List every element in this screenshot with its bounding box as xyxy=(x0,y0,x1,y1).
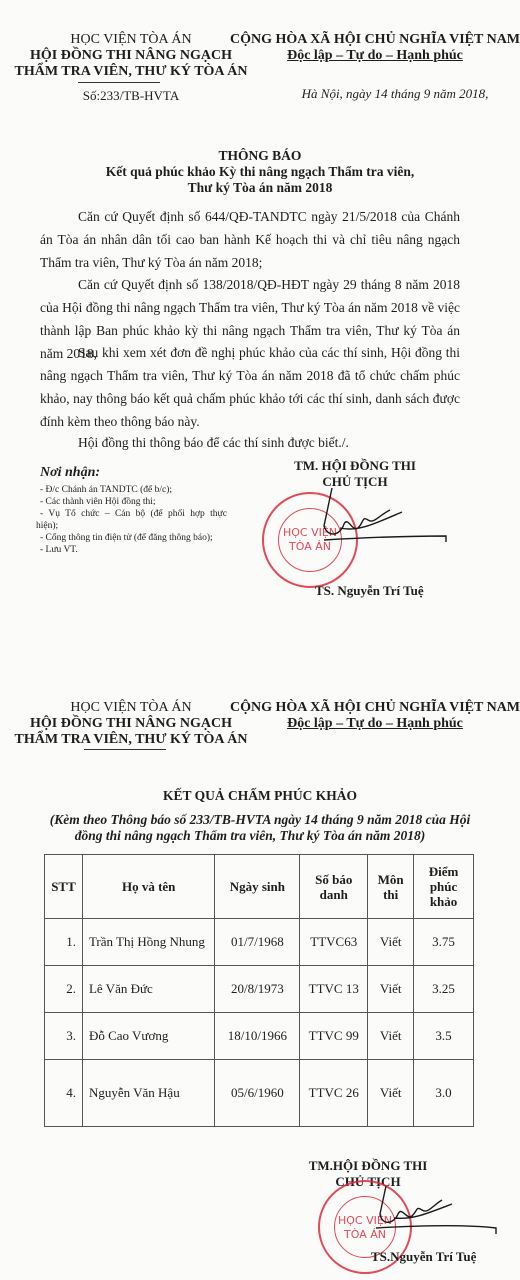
issuer-header-2: HỌC VIỆN TÒA ÁN HỘI ĐỒNG THI NÂNG NGẠCH … xyxy=(0,700,262,748)
national-title: CỘNG HÒA XÃ HỘI CHỦ NGHĨA VIỆT NAM xyxy=(230,700,520,716)
signer-name: TS. Nguyễn Trí Tuệ xyxy=(315,583,424,599)
recipient-item: - Cổng thông tin điện tử (để đăng thông … xyxy=(40,532,260,544)
paragraph-3: Sau khi xem xét đơn đề nghị phúc khảo củ… xyxy=(40,341,460,433)
cell-sbd: TTVC 99 xyxy=(300,1013,368,1060)
cell-dob: 01/7/1968 xyxy=(215,919,300,966)
result-subtitle-2: đồng thi nâng ngạch Thẩm tra viên, Thư k… xyxy=(20,828,480,844)
doc-number: Số:233/TB-HVTA xyxy=(0,88,262,104)
place-date: Hà Nội, ngày 14 tháng 9 năm 2018, xyxy=(270,86,520,102)
signature-scribble xyxy=(318,486,458,556)
recipient-item: - Lưu VT. xyxy=(40,544,260,556)
recipient-item: - Các thành viên Hội đồng thi; xyxy=(40,496,260,508)
col-header-stt: STT xyxy=(45,855,83,919)
cell-stt: 4. xyxy=(45,1060,83,1127)
national-title: CỘNG HÒA XÃ HỘI CHỦ NGHĨA VIỆT NAM xyxy=(230,32,520,48)
col-header-subject: Môn thi xyxy=(368,855,414,919)
col-header-sbd: Số báo danh xyxy=(300,855,368,919)
issuer-header: HỌC VIỆN TÒA ÁN HỘI ĐỒNG THI NÂNG NGẠCH … xyxy=(0,32,262,80)
cell-sbd: TTVC 13 xyxy=(300,966,368,1013)
recipients-title: Nơi nhận: xyxy=(40,465,100,481)
notice-subtitle-1: Kết quả phúc khảo Kỳ thi nâng ngạch Thẩm… xyxy=(0,164,520,180)
table-row: 3. Đỗ Cao Vương 18/10/1966 TTVC 99 Viết … xyxy=(45,1013,474,1060)
paragraph-1: Căn cứ Quyết định số 644/QĐ-TANDTC ngày … xyxy=(40,205,460,274)
cell-name: Đỗ Cao Vương xyxy=(82,1013,214,1060)
table-row: 4. Nguyễn Văn Hậu 05/6/1960 TTVC 26 Viết… xyxy=(45,1060,474,1127)
issuer-line1: HỌC VIỆN TÒA ÁN xyxy=(0,32,262,48)
cell-sbd: TTVC 26 xyxy=(300,1060,368,1127)
cell-score: 3.75 xyxy=(414,919,474,966)
issuer-line3: THẨM TRA VIÊN, THƯ KÝ TÒA ÁN xyxy=(0,732,262,748)
issuer-underline-2 xyxy=(84,749,166,750)
notice-title: THÔNG BÁO xyxy=(0,148,520,164)
signature-scribble-2 xyxy=(372,1184,512,1244)
table-row: 1. Trần Thị Hồng Nhung 01/7/1968 TTVC63 … xyxy=(45,919,474,966)
cell-score: 3.25 xyxy=(414,966,474,1013)
recipient-item: hiện); xyxy=(36,520,260,532)
cell-subject: Viết xyxy=(368,1060,414,1127)
national-header-2: CỘNG HÒA XÃ HỘI CHỦ NGHĨA VIỆT NAM Độc l… xyxy=(230,700,520,732)
col-header-score: Điểm phúc khảo xyxy=(414,855,474,919)
issuer-underline xyxy=(78,82,160,83)
recipient-item: - Vụ Tổ chức – Cán bộ (để phối hợp thực xyxy=(40,508,260,520)
issuer-line2: HỘI ĐỒNG THI NÂNG NGẠCH xyxy=(0,48,262,64)
cell-sbd: TTVC63 xyxy=(300,919,368,966)
cell-score: 3.5 xyxy=(414,1013,474,1060)
cell-dob: 05/6/1960 xyxy=(215,1060,300,1127)
national-motto: Độc lập – Tự do – Hạnh phúc xyxy=(230,716,520,732)
notice-subtitle-2: Thư ký Tòa án năm 2018 xyxy=(0,180,520,196)
table-header-row: STT Họ và tên Ngày sinh Số báo danh Môn … xyxy=(45,855,474,919)
cell-score: 3.0 xyxy=(414,1060,474,1127)
result-subtitle-1: (Kèm theo Thông báo số 233/TB-HVTA ngày … xyxy=(20,812,500,828)
cell-dob: 18/10/1966 xyxy=(215,1013,300,1060)
cell-subject: Viết xyxy=(368,919,414,966)
issuer-line1: HỌC VIỆN TÒA ÁN xyxy=(0,700,262,716)
cell-stt: 1. xyxy=(45,919,83,966)
signature-title-line1: TM.HỘI ĐỒNG THI xyxy=(268,1158,468,1174)
cell-subject: Viết xyxy=(368,1013,414,1060)
cell-name: Lê Văn Đức xyxy=(82,966,214,1013)
issuer-line2: HỘI ĐỒNG THI NÂNG NGẠCH xyxy=(0,716,262,732)
cell-name: Trần Thị Hồng Nhung xyxy=(82,919,214,966)
cell-stt: 2. xyxy=(45,966,83,1013)
results-table: STT Họ và tên Ngày sinh Số báo danh Môn … xyxy=(44,854,474,1127)
paragraph-4: Hội đồng thi thông báo để các thí sinh đ… xyxy=(40,431,460,454)
table-row: 2. Lê Văn Đức 20/8/1973 TTVC 13 Viết 3.2… xyxy=(45,966,474,1013)
col-header-dob: Ngày sinh xyxy=(215,855,300,919)
recipient-item: - Đ/c Chánh án TANDTC (để b/c); xyxy=(40,484,260,496)
cell-subject: Viết xyxy=(368,966,414,1013)
result-title: KẾT QUẢ CHẤM PHÚC KHẢO xyxy=(0,788,520,804)
recipients-list: - Đ/c Chánh án TANDTC (để b/c); - Các th… xyxy=(40,484,260,556)
national-header: CỘNG HÒA XÃ HỘI CHỦ NGHĨA VIỆT NAM Độc l… xyxy=(230,32,520,64)
issuer-line3: THẨM TRA VIÊN, THƯ KÝ TÒA ÁN xyxy=(0,64,262,80)
col-header-name: Họ và tên xyxy=(82,855,214,919)
national-motto: Độc lập – Tự do – Hạnh phúc xyxy=(230,48,520,64)
signature-title-line1: TM. HỘI ĐỒNG THI xyxy=(255,458,455,474)
cell-stt: 3. xyxy=(45,1013,83,1060)
signer-name-2: TS.Nguyễn Trí Tuệ xyxy=(371,1249,476,1265)
cell-name: Nguyễn Văn Hậu xyxy=(82,1060,214,1127)
cell-dob: 20/8/1973 xyxy=(215,966,300,1013)
